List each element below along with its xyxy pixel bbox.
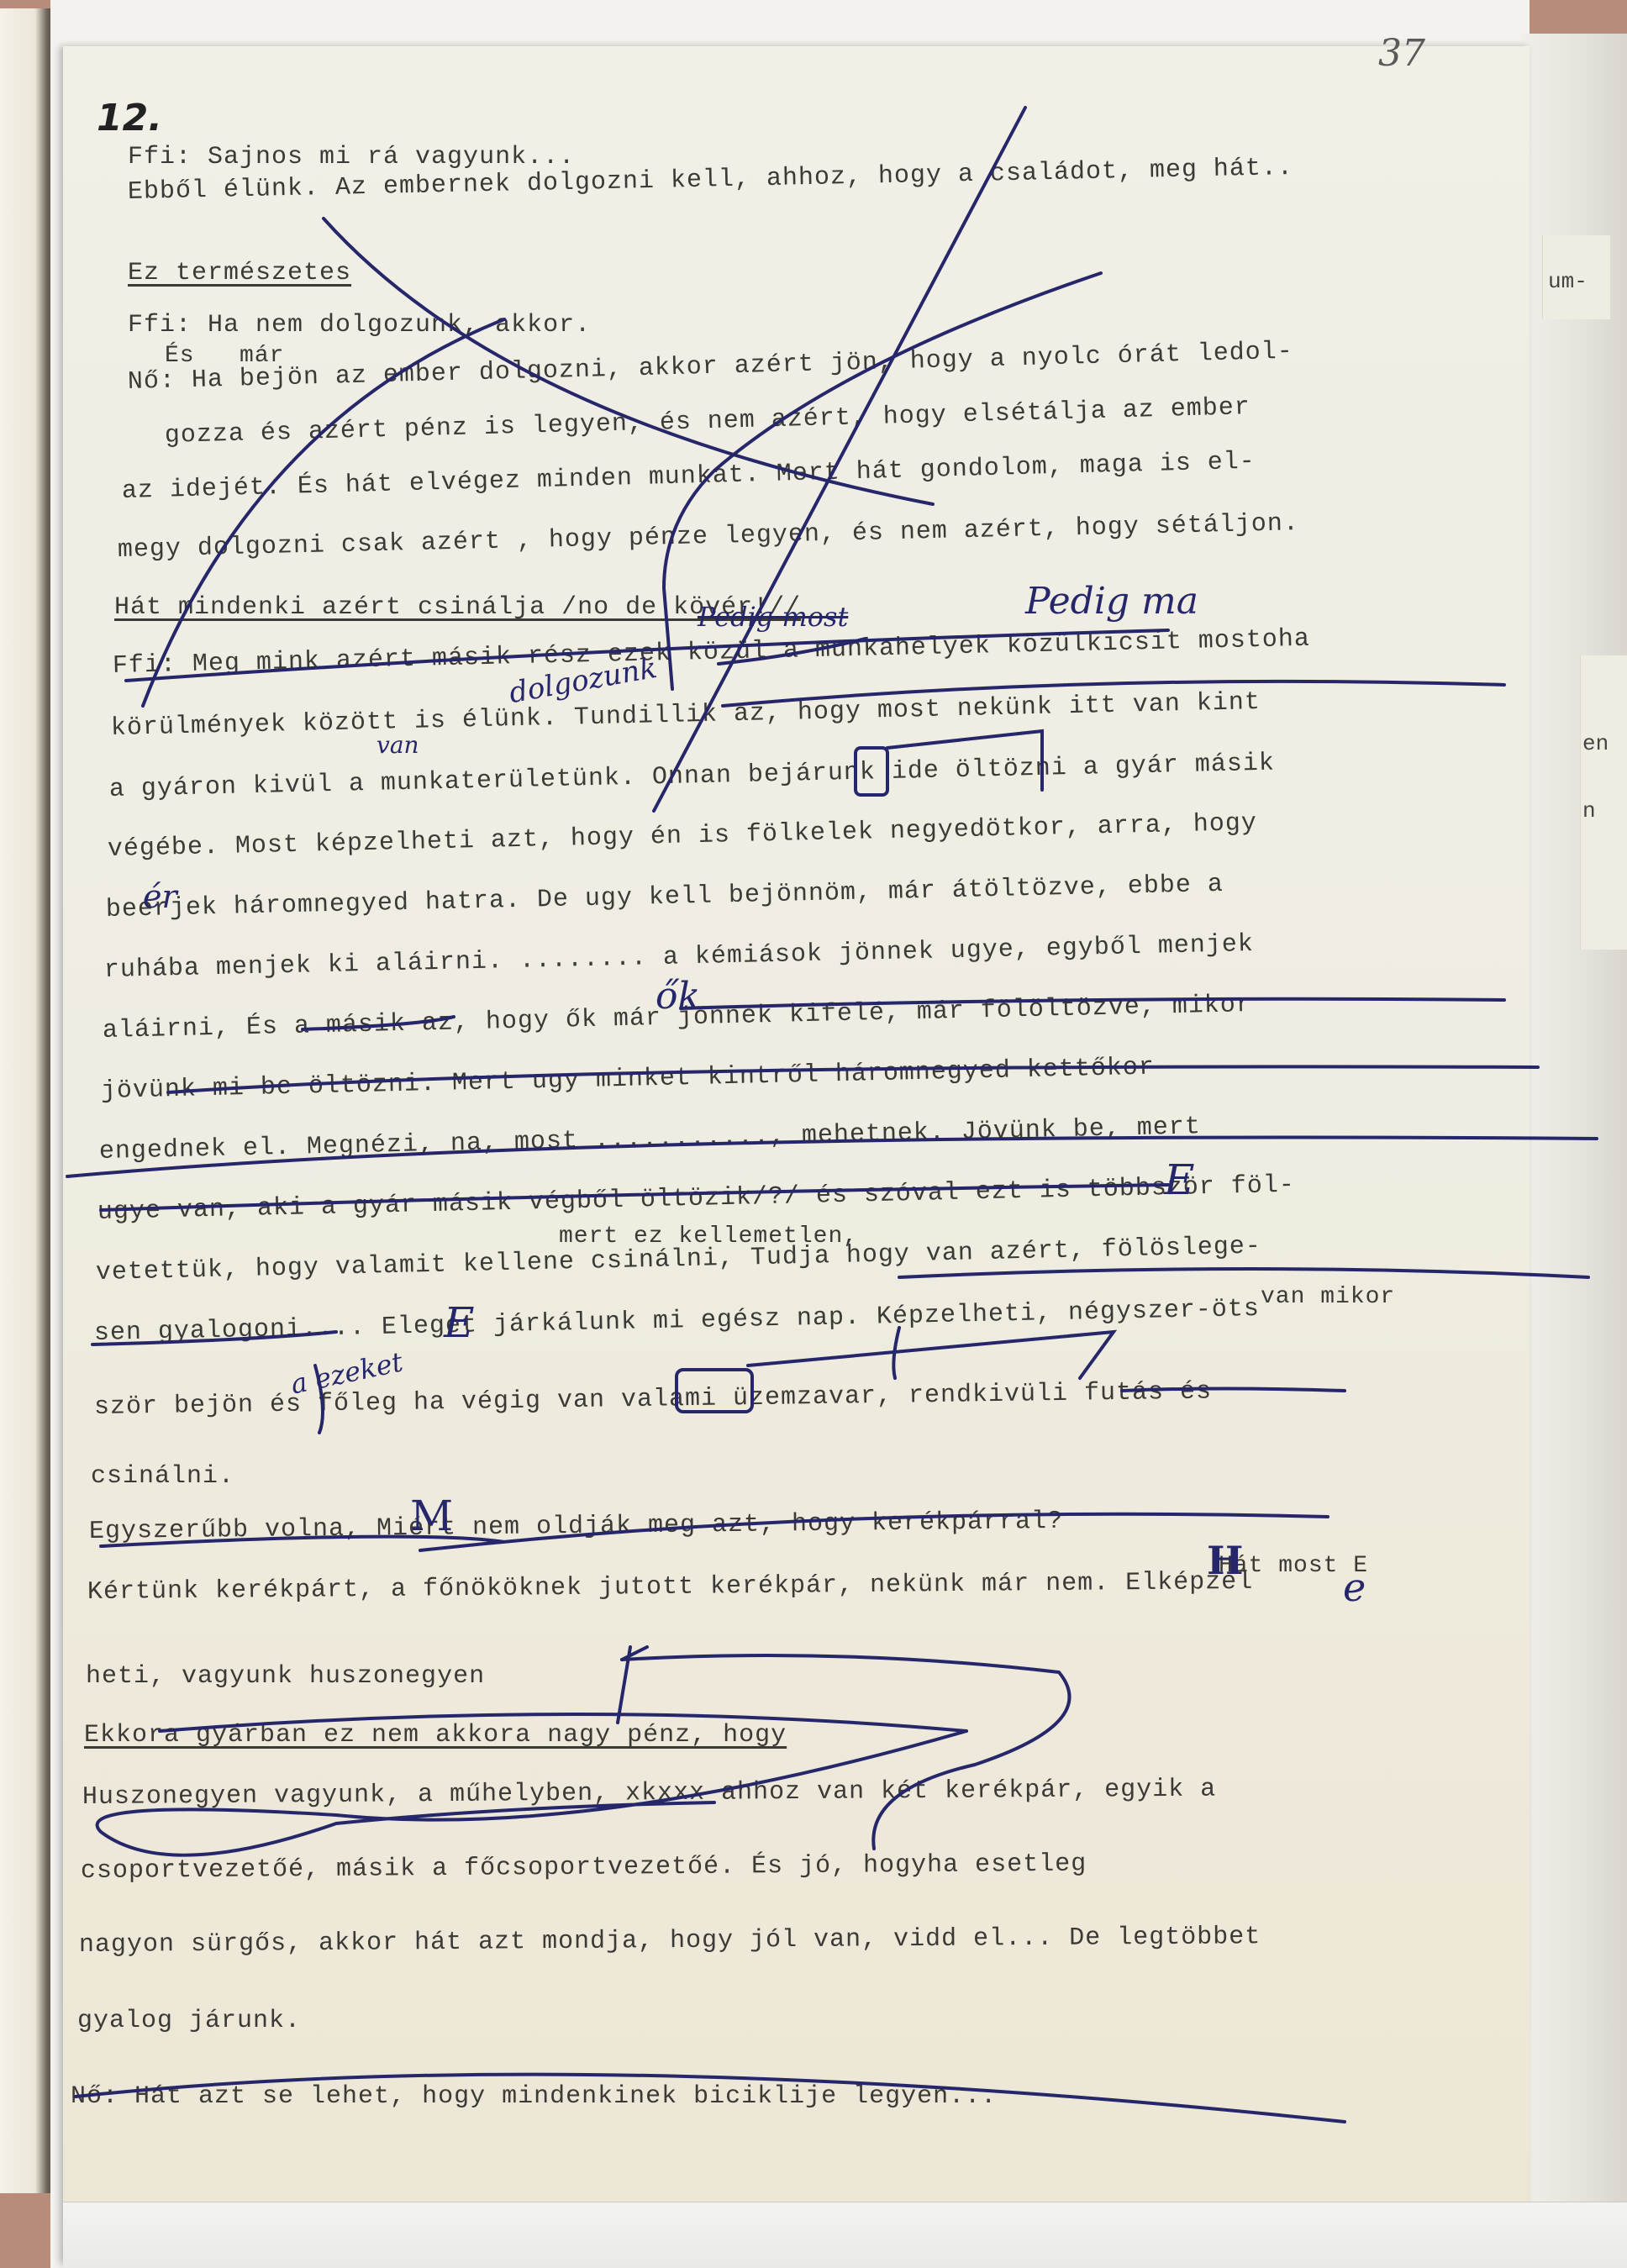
typed-insert: van mikor: [1261, 1286, 1395, 1309]
handwritten-note: E: [444, 1298, 475, 1347]
typed-line: Ekkora gyárban ez nem akkora nagy pénz, …: [84, 1723, 787, 1748]
handwritten-note: H: [1207, 1538, 1243, 1583]
page-number: 37: [1378, 32, 1425, 75]
fragment-text: en: [1582, 731, 1609, 756]
handwritten-note: e: [1343, 1565, 1366, 1610]
background-paper-stack-right: [1521, 34, 1627, 2268]
handwritten-note: Pedig ma: [1025, 580, 1198, 623]
typed-line: gyalog járunk.: [77, 2008, 301, 2034]
right-margin-fragment: um-: [1542, 235, 1610, 319]
typed-line: csinálni.: [91, 1464, 234, 1489]
section-number: 12.: [97, 97, 162, 139]
handwritten-note: van: [376, 731, 419, 759]
handwritten-note: ér: [143, 878, 177, 915]
right-margin-fragment: enn: [1580, 655, 1627, 950]
typed-line: Nő: Hát azt se lehet, hogy mindenkinek b…: [71, 2084, 997, 2109]
typed-line: Ffi: Ha nem dolgozunk, akkor.: [128, 313, 591, 338]
handwritten-note: E: [1164, 1155, 1195, 1204]
fragment-text: um-: [1548, 269, 1588, 294]
fragment-text: n: [1582, 798, 1596, 824]
typed-line: csoportvezetőé, másik a főcsoportvezetőé…: [81, 1852, 1087, 1884]
handwritten-note: ők: [656, 975, 700, 1018]
handwritten-note: Pedig most: [698, 601, 848, 633]
paper-below: [63, 2202, 1627, 2268]
typed-line: Ez természetes: [128, 260, 351, 286]
typed-line: Ffi: Sajnos mi rá vagyunk...: [128, 145, 575, 170]
typed-line: heti, vagyunk huszonegyen: [86, 1664, 485, 1689]
handwritten-note: M: [410, 1492, 453, 1540]
